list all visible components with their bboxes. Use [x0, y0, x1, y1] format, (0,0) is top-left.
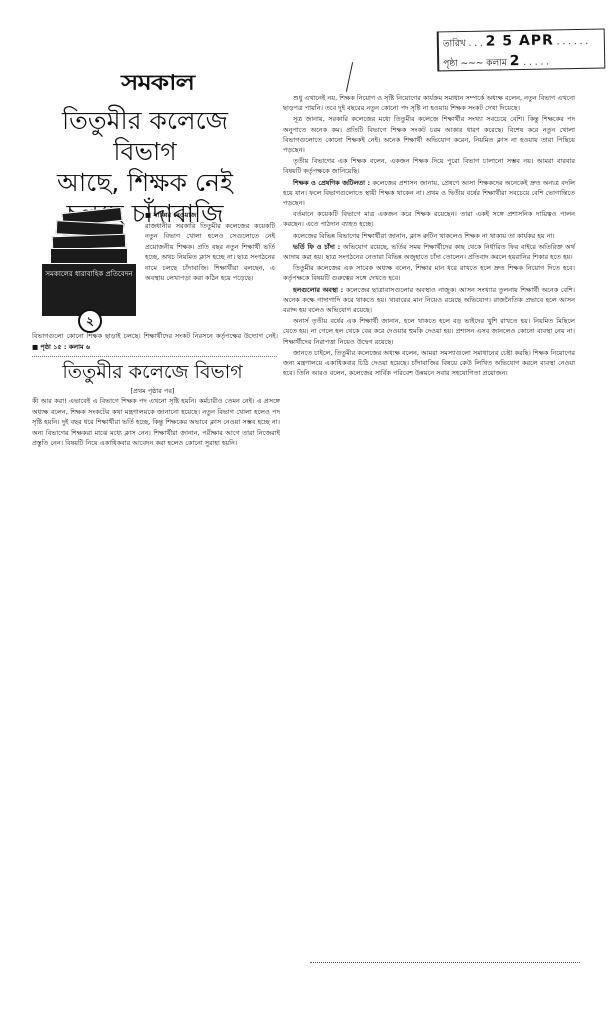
intro-text: রাজধানীর সরকারি তিতুমীর কলেজের কয়েকটি ন…	[145, 221, 275, 284]
continuation-headline: তিতুমীর কলেজে বিভাগ	[30, 360, 275, 384]
paragraph: অনার্স তৃতীয় বর্ষের এক শিক্ষার্থী জানান…	[283, 316, 575, 347]
paragraph: শিক্ষক ও প্রেষণিক জটিলতা : কলেজের প্রশাস…	[283, 178, 575, 209]
intro-paragraph: ■ সাব্বির নেওয়াজ রাজধানীর সরকারি তিতুমী…	[145, 210, 275, 284]
paragraph: তৃতীয় বিভাগের এক শিক্ষক বলেন, একজন শিক্…	[283, 156, 575, 176]
stamp-page-label: পৃষ্ঠা	[443, 59, 458, 69]
paragraph: শুধু এখানেই নয়, শিক্ষক নিয়োগ ও সৃষ্টি …	[283, 93, 575, 113]
intro-tail-text: বিভাগগুলো কোনো শিক্ষক ছাড়াই চলছে। শিক্ষ…	[32, 332, 278, 340]
paragraph: সূত্র জানায়, সরকারি কলেজের মধ্যে তিতুমী…	[283, 114, 575, 155]
left-column-body: কী আর করা! এভাবেই এ বিভাগে শিক্ষক পদ এখন…	[32, 396, 280, 449]
headline-line-2: আছে, শিক্ষক নেই	[30, 167, 260, 198]
section-divider	[32, 356, 277, 357]
stamp-date-value: 2 5 APR	[486, 32, 554, 49]
books-graphic: সমকালের ধারাবাহিক প্রতিবেদন ২	[42, 208, 136, 326]
paragraph: ভর্তি ফি ও চাঁদা : অভিযোগ রয়েছে, ভর্তির…	[283, 242, 575, 262]
subsection-heading: ভর্তি ফি ও চাঁদা :	[293, 243, 340, 251]
subsection-heading: হলগুলোর অবস্থা :	[293, 286, 343, 294]
continued-on-label: ■ পৃষ্ঠা ১৫ : কলাম ৬	[32, 343, 90, 351]
pen-mark	[346, 62, 353, 92]
right-column-body: শুধু এখানেই নয়, শিক্ষক নিয়োগ ও সৃষ্টি …	[283, 93, 575, 379]
stamp-page-row: পৃষ্ঠা ~~~ কলাম 2 . . . . .	[443, 51, 600, 74]
stamp-date-label: তারিখ	[443, 39, 466, 49]
intro-tail: বিভাগগুলো কোনো শিক্ষক ছাড়াই চলছে। শিক্ষ…	[32, 331, 278, 352]
series-number-badge: ২	[78, 309, 102, 333]
byline: ■ সাব্বির নেওয়াজ	[145, 210, 275, 221]
book-stack-icon	[48, 208, 128, 264]
stamp-column-value: 2	[510, 53, 521, 69]
newspaper-masthead: সমকাল	[95, 66, 220, 101]
paragraph: জানতে চাইলে, তিতুমীর কলেজের অধ্যক্ষ বলেন…	[283, 348, 575, 379]
clipping-stamp: তারিখ . . . 2 5 APR . . . . . . পৃষ্ঠা ~…	[437, 29, 606, 72]
stamp-column-label: কলাম	[486, 58, 507, 68]
paragraph: তিতুমীর কলেজের এক সাবেক অধ্যক্ষ বলেন, শি…	[283, 263, 575, 283]
paragraph: কলেজের বিভিন্ন বিভাগের শিক্ষার্থীরা জানা…	[283, 231, 575, 241]
headline-line-1: তিতুমীর কলেজে বিভাগ	[30, 105, 260, 167]
stamp-date-row: তারিখ . . . 2 5 APR . . . . . .	[443, 31, 600, 54]
paragraph: বর্তমানে কয়েকটি বিভাগে মাত্র একজন করে শ…	[283, 209, 575, 229]
paragraph: হলগুলোর অবস্থা : কলেজের ছাত্রাবাসগুলোর অ…	[283, 285, 575, 316]
subsection-heading: শিক্ষক ও প্রেষণিক জটিলতা :	[293, 179, 370, 187]
footer-rule	[310, 962, 580, 963]
